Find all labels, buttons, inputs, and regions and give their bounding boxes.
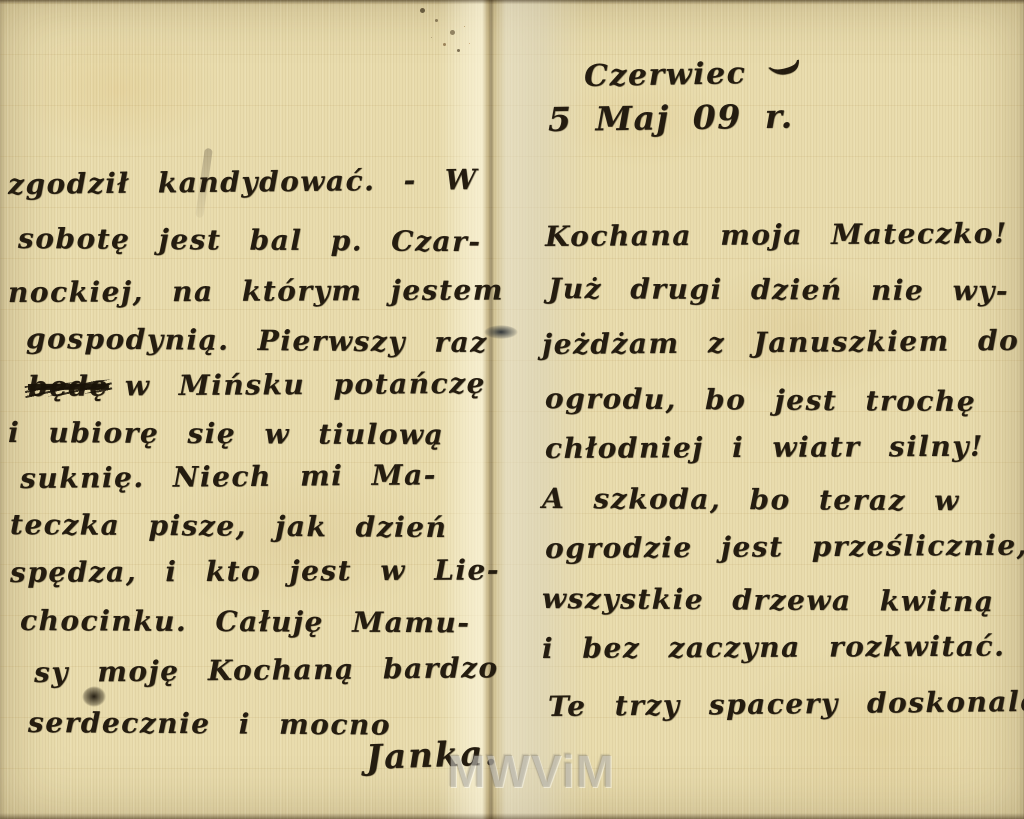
handwriting-line: A szkoda, bo teraz w bbox=[542, 482, 960, 517]
page-edge-shadow-bottom bbox=[0, 813, 1024, 819]
place-line: Czerwiec ) bbox=[584, 51, 794, 95]
ink-smudge bbox=[420, 8, 425, 13]
handwriting-line: wszystkie drzewa kwitną bbox=[542, 582, 995, 618]
ink-blot bbox=[484, 325, 518, 339]
handwriting-line: nockiej, na którym jestem bbox=[8, 273, 504, 309]
handwriting-line: i ubiorę się w tiulową bbox=[8, 416, 444, 451]
handwriting-line: gospodynią. Pierwszy raz bbox=[26, 322, 488, 359]
handwriting-line: Już drugi dzień nie wy- bbox=[548, 272, 1009, 307]
handwriting-line: ogrodzie jest prześlicznie, bbox=[545, 529, 1024, 565]
handwriting-line: zgodził kandydować. - W bbox=[8, 163, 478, 201]
archive-watermark: MWViM bbox=[447, 744, 615, 798]
handwriting-line: będęw Mińsku potańczę bbox=[28, 367, 486, 403]
handwriting-line: chocinku. Całuję Mamu- bbox=[20, 604, 471, 639]
handwriting-line: i bez zaczyna rozkwitać. bbox=[542, 630, 1005, 665]
handwriting-line: suknię. Niech mi Ma- bbox=[20, 458, 437, 495]
handwriting-line: ogrodu, bo jest trochę bbox=[545, 382, 976, 418]
handwriting-line: sobotę jest bal p. Czar- bbox=[18, 222, 482, 258]
handwriting-line: teczka pisze, jak dzień bbox=[10, 508, 448, 544]
crossed-out-word: będę bbox=[28, 369, 109, 403]
handwriting-line: Kochana moja Mateczko! bbox=[545, 217, 1008, 253]
handwriting-line: spędza, i kto jest w Lie- bbox=[10, 553, 500, 589]
handwriting-line: serdecznie i mocno bbox=[28, 706, 391, 742]
handwriting-line: jeżdżam z Januszkiem do bbox=[542, 324, 1020, 361]
handwriting-line: sy moję Kochaną bardzo bbox=[34, 651, 499, 689]
letter-scan: zgodził kandydować. - W sobotę jest bal … bbox=[0, 0, 1024, 819]
date-line: 5 Maj 09 r. bbox=[548, 97, 794, 139]
handwriting-line: Te trzy spacery doskonale bbox=[548, 685, 1024, 723]
handwriting-line: chłodniej i wiatr silny! bbox=[545, 430, 984, 465]
page-edge-shadow-top bbox=[0, 0, 1024, 4]
